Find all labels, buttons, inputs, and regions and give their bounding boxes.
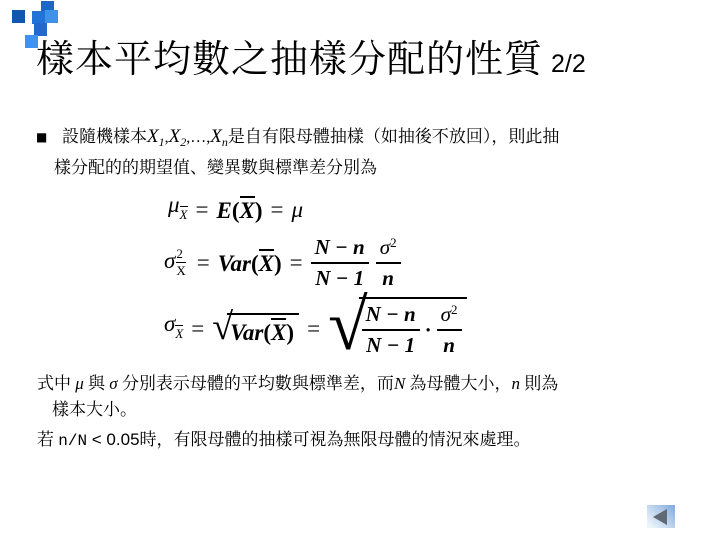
separator: ,…,: [186, 129, 210, 146]
n-over-N-ratio: n/N: [58, 432, 87, 450]
exponent-2: 2: [176, 247, 183, 262]
sqrt-variance-term: √Var(X): [212, 313, 299, 346]
previous-slide-button[interactable]: [647, 505, 675, 528]
Var-symbol: Var: [230, 320, 263, 345]
sigma-symbol: σ: [380, 235, 390, 259]
left-triangle-icon: [653, 509, 667, 525]
multiplication-dot: ·: [425, 317, 432, 343]
bullet-item: ■ 設隨機樣本X1,X2,…,Xn是自有限母體抽樣（如抽後不放回），則此抽 樣分…: [36, 124, 661, 180]
mu-symbol: μ: [75, 374, 84, 393]
slide-title: 樣本平均數之抽樣分配的性質2/2: [36, 37, 586, 85]
finite-population-correction-fraction: N − nN − 1: [311, 235, 369, 291]
equals-sign: =: [197, 250, 210, 276]
logo-square: [12, 10, 25, 23]
threshold-value: < 0.05: [87, 430, 139, 449]
variable-xn: Xn: [210, 126, 228, 147]
slide-canvas: 樣本平均數之抽樣分配的性質2/2 ■ 設隨機樣本X1,X2,…,Xn是自有限母體…: [0, 0, 720, 540]
equals-sign: =: [196, 197, 209, 223]
E-symbol: E: [216, 198, 231, 223]
text-segment: 式中: [37, 374, 75, 393]
note1-line-2: 樣本大小。: [52, 397, 697, 423]
text-segment: 為母體大小，: [405, 374, 511, 393]
left-paren: (: [232, 198, 240, 223]
variance-term: Var(X): [218, 249, 282, 277]
sigma-symbol: σ: [164, 311, 175, 336]
N-symbol: N: [394, 374, 405, 393]
equals-sign: =: [290, 250, 303, 276]
sup-sub-stack: 2X: [176, 247, 185, 279]
left-paren: (: [263, 320, 271, 345]
sigma-xbar-term: σX: [164, 311, 183, 347]
Var-symbol: Var: [218, 251, 251, 276]
note-paragraph-2: 若 n/N < 0.05時，有限母體的抽樣可視為無限母體的情況來處理。: [37, 427, 697, 454]
formula-mean-of-sample-mean: μX = E(X) = μ: [168, 194, 303, 226]
bullet-line-2: 樣分配的的期望值、變異數與標準差分別為: [54, 155, 661, 180]
mu-symbol: μ: [168, 192, 180, 217]
radicand: Var(X): [227, 313, 299, 346]
xbar: X: [180, 206, 188, 221]
note1-line-1: 式中 μ 與 σ 分別表示母體的平均數與標準差，而N 為母體大小，n 則為: [37, 371, 697, 397]
text-segment: 是自有限母體抽樣（如抽後不放回），則此抽: [228, 127, 560, 146]
sigma-symbol: σ: [441, 302, 451, 326]
xbar-subscript: X: [175, 326, 183, 341]
sigma-symbol: σ: [109, 374, 117, 393]
denominator: N − 1: [366, 331, 415, 358]
right-paren: ): [255, 198, 263, 223]
xbar: X: [175, 325, 183, 340]
finite-population-correction-fraction: N − nN − 1: [362, 302, 420, 358]
xbar-subscript: X: [180, 207, 188, 222]
text-segment: 則為: [520, 374, 558, 393]
note-paragraph-1: 式中 μ 與 σ 分別表示母體的平均數與標準差，而N 為母體大小，n 則為 樣本…: [37, 371, 697, 423]
sigma-symbol: σ: [164, 248, 175, 273]
title-text: 樣本平均數之抽樣分配的性質: [36, 39, 543, 81]
text-segment: 設隨機樣本: [62, 127, 147, 146]
xbar: X: [259, 249, 274, 275]
text-segment: 分別表示母體的平均數與標準差，而: [118, 374, 394, 393]
equals-sign: =: [191, 316, 204, 342]
text-segment: 若: [37, 430, 58, 449]
equals-sign: =: [271, 197, 284, 223]
right-paren: ): [274, 251, 282, 276]
denominator: n: [443, 331, 455, 358]
xbar-subscript: X: [176, 262, 185, 279]
mu-symbol: μ: [292, 197, 304, 223]
mu-xbar-term: μX: [168, 192, 188, 228]
sqrt-product-term: √N − nN − 1·σ2n: [328, 297, 466, 361]
text-segment: 與: [84, 374, 110, 393]
variable-base: X: [210, 126, 222, 147]
formula-variance-of-sample-mean: σ2X = Var(X) = N − nN − 1 σ2n: [164, 234, 401, 292]
variable-base: X: [147, 126, 159, 147]
exponent-2: 2: [451, 302, 458, 317]
numerator: N − n: [362, 302, 420, 331]
sigma-squared-over-n-fraction: σ2n: [376, 235, 401, 291]
expectation-term: E(X): [216, 196, 262, 224]
variable-x1: X1: [147, 126, 165, 147]
n-symbol: n: [512, 374, 521, 393]
bullet-line-1: 設隨機樣本X1,X2,…,Xn是自有限母體抽樣（如抽後不放回），則此抽: [62, 124, 661, 155]
numerator: σ2: [437, 302, 462, 331]
sigma-squared-over-n-fraction: σ2n: [437, 302, 462, 358]
page-indicator: 2/2: [551, 50, 586, 78]
numerator: N − n: [311, 235, 369, 264]
radicand: N − nN − 1·σ2n: [359, 297, 467, 358]
bullet-marker-icon: ■: [36, 132, 47, 142]
equals-sign: =: [307, 316, 320, 342]
exponent-2: 2: [390, 235, 397, 250]
text-segment: 時，有限母體的抽樣可視為無限母體的情況來處理。: [140, 430, 531, 449]
logo-square: [45, 10, 58, 23]
xbar: X: [271, 318, 286, 344]
xbar: X: [240, 196, 255, 222]
left-paren: (: [251, 251, 259, 276]
xbar: X: [176, 262, 185, 277]
variable-x2: X2: [169, 126, 187, 147]
denominator: n: [382, 264, 394, 291]
right-paren: ): [286, 320, 294, 345]
numerator: σ2: [376, 235, 401, 264]
variable-base: X: [169, 126, 181, 147]
formula-stddev-of-sample-mean: σX = √Var(X) = √N − nN − 1·σ2n: [164, 296, 467, 362]
sigma-squared-xbar-term: σ2X: [164, 247, 189, 279]
